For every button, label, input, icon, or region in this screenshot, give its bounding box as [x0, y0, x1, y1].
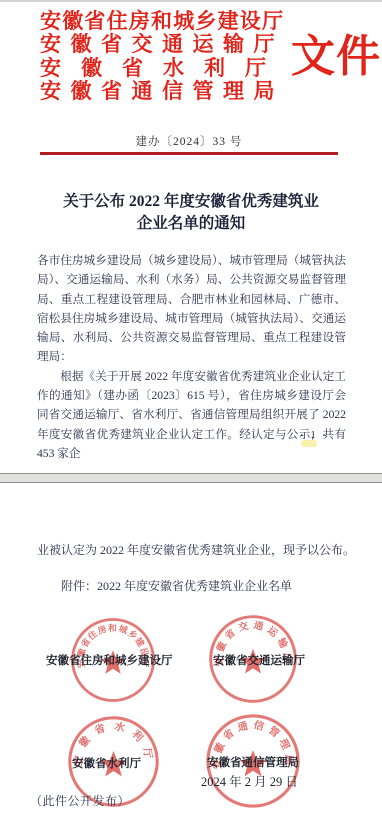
- highlight-artifact: [301, 440, 317, 447]
- official-document-view: 安徽省住房和城乡建设厅 安徽省交通运输厅 安徽省水利厅 安徽省通信管理局 文件 …: [0, 0, 382, 817]
- title-line-1: 关于公布 2022 年度安徽省优秀建筑业: [20, 191, 362, 213]
- issue-date: 2024 年 2 月 29 日: [201, 772, 298, 790]
- signer-name-communications: 安徽省通信管理局: [207, 754, 299, 770]
- document-word-mark: 文件: [291, 33, 381, 83]
- page-separator: [0, 473, 382, 483]
- attachment-line: 附件：2022 年度安徽省优秀建筑业企业名单: [37, 577, 372, 594]
- signer-name-housing: 安徽省住房和城乡建设厅: [46, 652, 173, 668]
- basis-paragraph: 根据《关于开展 2022 年度安徽省优秀建筑业企业认定工作的通知》（建办函〔20…: [37, 367, 346, 463]
- top-page-edge: [0, 0, 382, 2]
- document-title: 关于公布 2022 年度安徽省优秀建筑业 企业名单的通知: [20, 191, 362, 234]
- title-line-2: 企业名单的通知: [20, 213, 362, 235]
- agency-line-transport: 安徽省交通运输厅: [40, 33, 290, 56]
- document-number: 建办〔2024〕33 号: [40, 133, 338, 149]
- agency-line-water: 安徽省水利厅: [40, 57, 290, 80]
- agency-line-communications: 安徽省通信管理局: [40, 80, 290, 103]
- letterhead-red-rule: [40, 152, 338, 155]
- addressee-paragraph: 各市住房城乡建设局（城乡建设局）、城市管理局（城管执法局）、交通运输局、水利（水…: [37, 251, 346, 367]
- signer-name-transport: 安徽省交通运输厅: [213, 652, 305, 668]
- agency-line-housing: 安徽省住房和城乡建设厅: [40, 10, 290, 33]
- letterhead-agency-list: 安徽省住房和城乡建设厅 安徽省交通运输厅 安徽省水利厅 安徽省通信管理局: [40, 10, 290, 104]
- continuation-paragraph: 业被认定为 2022 年度安徽省优秀建筑业企业，现予以公布。: [37, 541, 372, 559]
- signer-name-water: 安徽省水利厅: [72, 755, 141, 771]
- public-release-note: （此件公开发布）: [30, 792, 130, 809]
